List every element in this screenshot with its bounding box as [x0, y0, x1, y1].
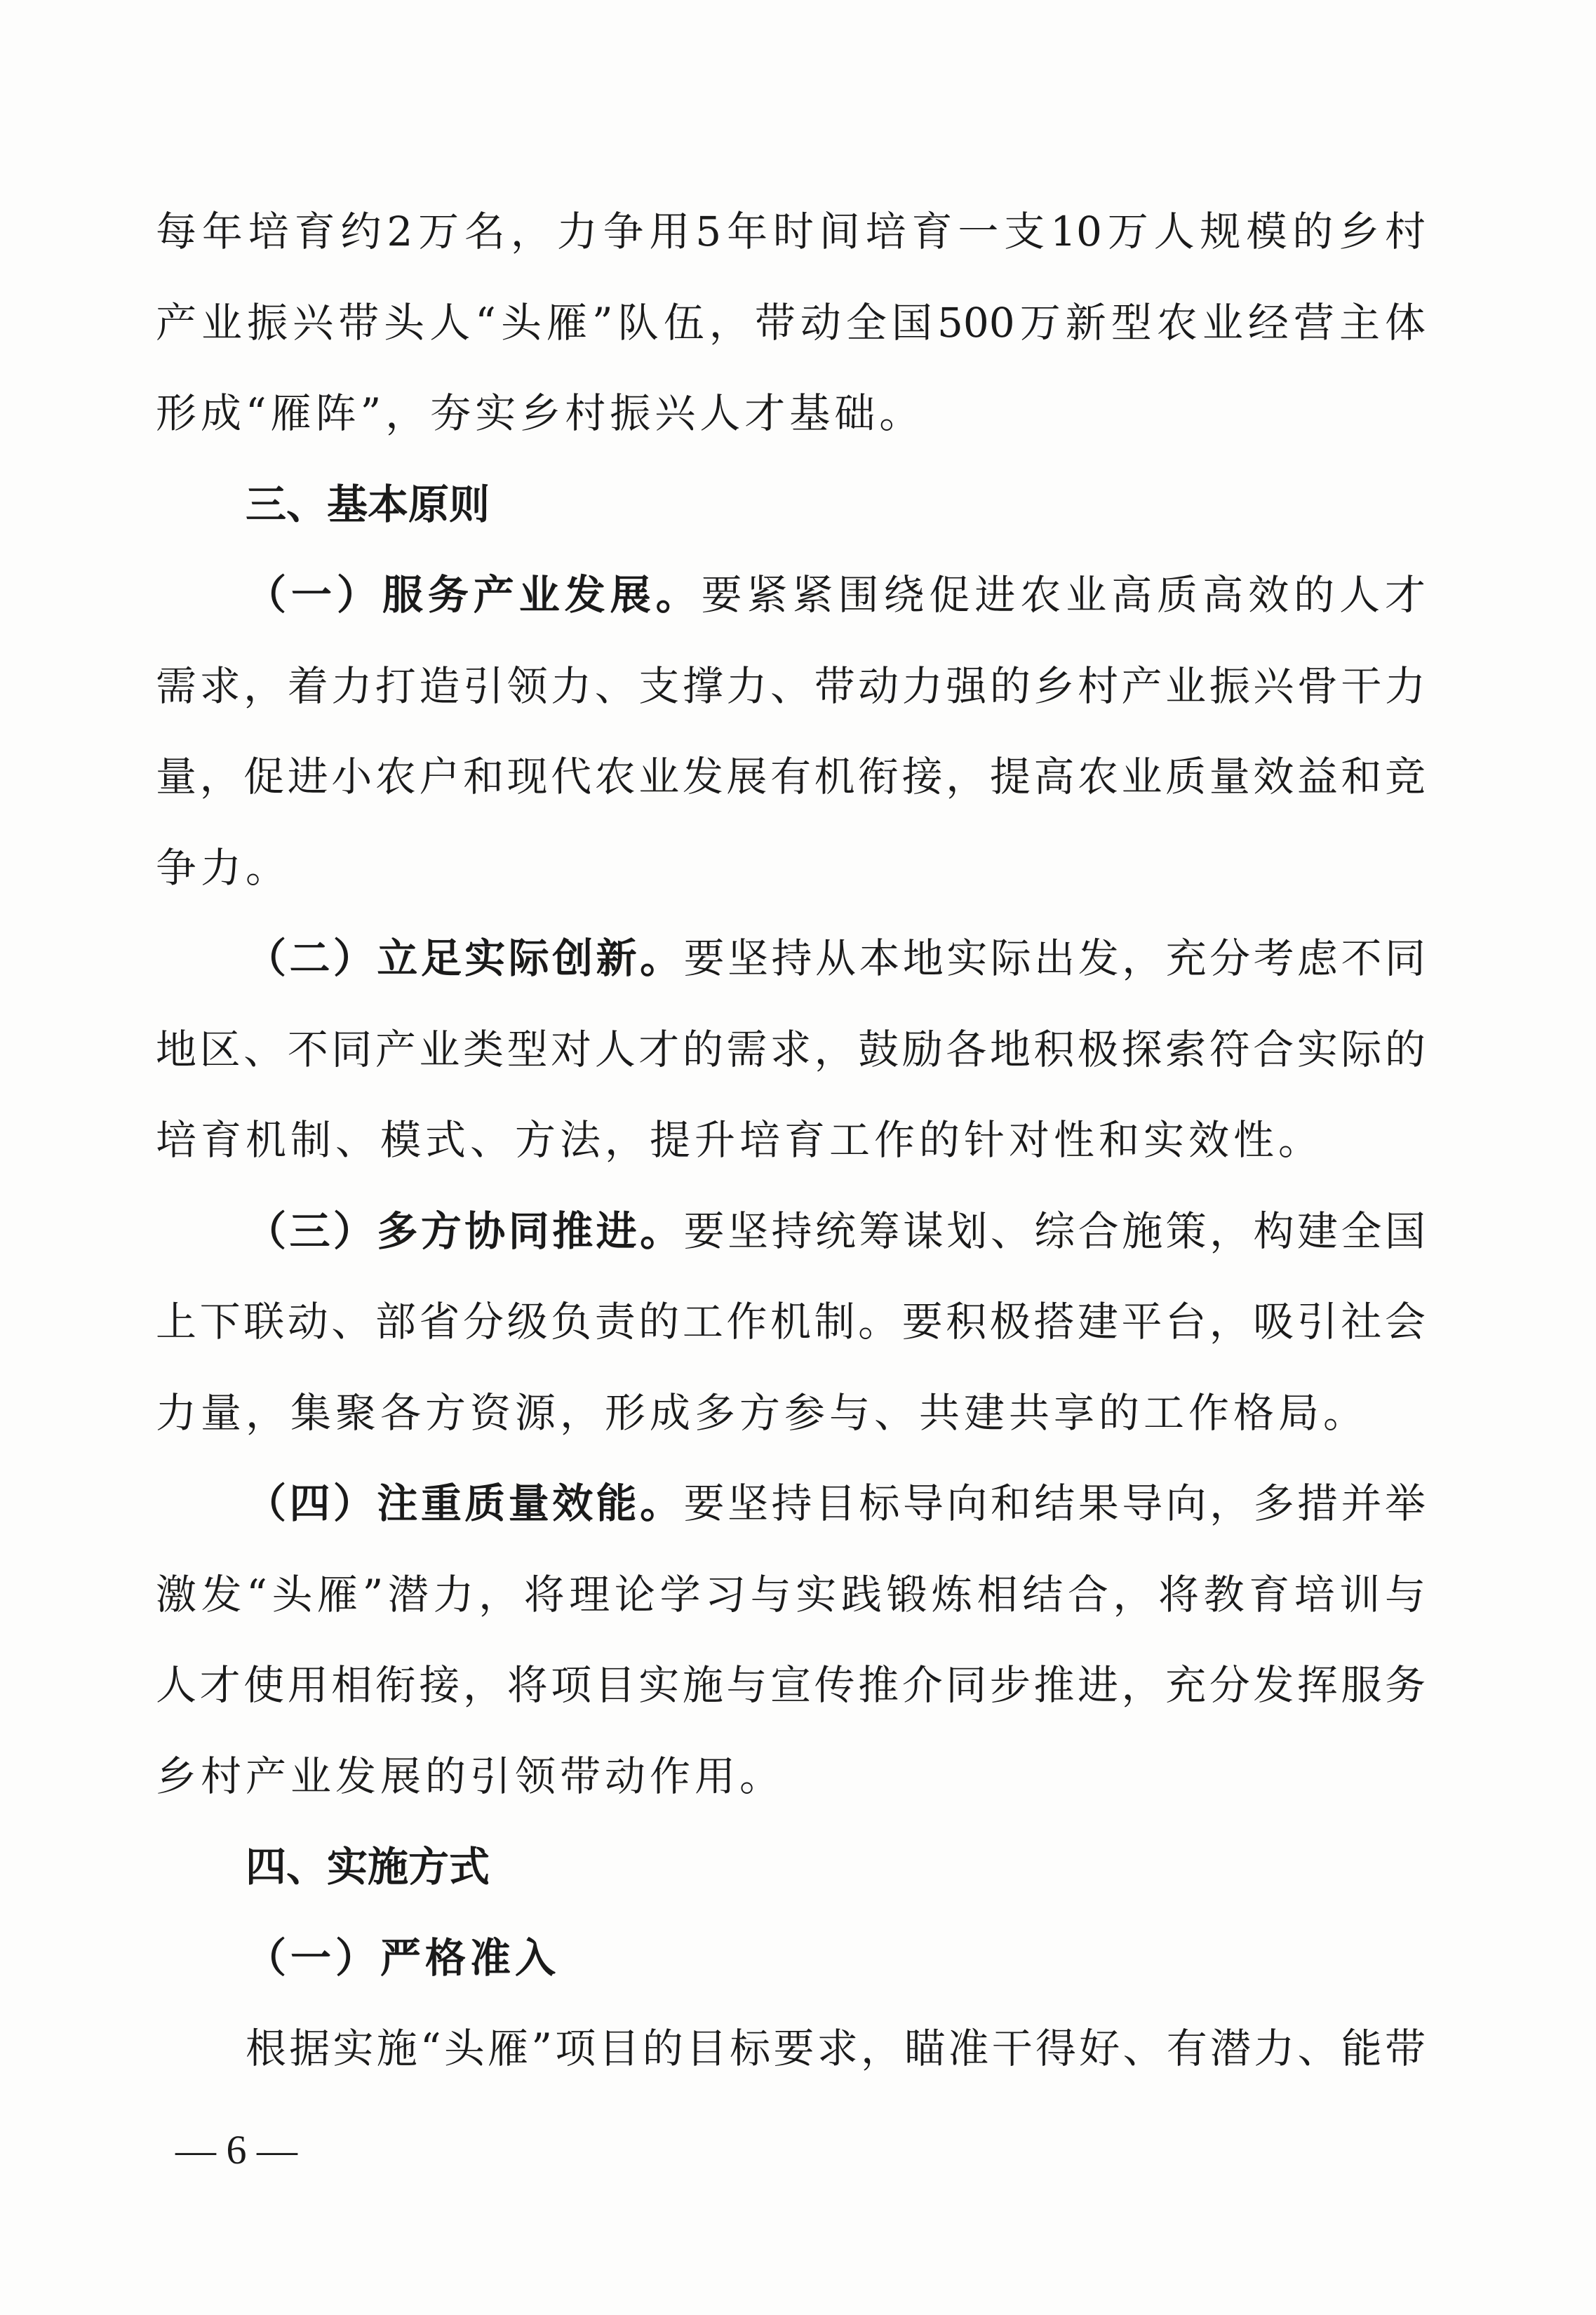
principle-4-first-line: （四）注重质量效能。要坚持目标导向和结果导向，多措并举: [246, 1475, 1426, 1531]
principle-3-lead: （三）多方协同推进。: [246, 1207, 684, 1255]
principle-1-text: 要紧紧围绕促进农业高质高效的人才: [702, 571, 1426, 619]
principle-4-line-2: 激发“头雁”潜力，将理论学习与实践锻炼相结合，将教育培训与: [156, 1566, 1426, 1623]
intro-line-1: 每年培育约2万名，力争用5年时间培育一支10万人规模的乡村: [156, 203, 1426, 260]
section-heading-basic-principles: 三、基本原则: [246, 476, 1426, 532]
principle-2-text: 要坚持从本地实际出发，充分考虑不同: [684, 934, 1426, 982]
principle-4-text: 要坚持目标导向和结果导向，多措并举: [684, 1479, 1426, 1527]
principle-2-lead: （二）立足实际创新。: [246, 934, 684, 982]
intro-line-2: 产业振兴带头人“头雁”队伍，带动全国500万新型农业经营主体: [156, 295, 1426, 351]
principle-3-text: 要坚持统筹谋划、综合施策，构建全国: [684, 1207, 1426, 1255]
principle-3-first-line: （三）多方协同推进。要坚持统筹谋划、综合施策，构建全国: [246, 1203, 1426, 1259]
page-number: — 6 —: [175, 2126, 297, 2175]
principle-4-lead: （四）注重质量效能。: [246, 1479, 684, 1527]
principle-1-first-line: （一）服务产业发展。要紧紧围绕促进农业高质高效的人才: [246, 567, 1426, 623]
principle-1-line-2: 需求，着力打造引领力、支撑力、带动力强的乡村产业振兴骨干力: [156, 658, 1426, 714]
principle-2-line-3: 培育机制、模式、方法，提升培育工作的针对性和实效性。: [156, 1112, 1426, 1168]
principle-1-line-4: 争力。: [156, 840, 1426, 896]
document-page: 每年培育约2万名，力争用5年时间培育一支10万人规模的乡村 产业振兴带头人“头雁…: [0, 0, 1596, 2315]
intro-line-3: 形成“雁阵”，夯实乡村振兴人才基础。: [156, 385, 1426, 441]
principle-4-line-3: 人才使用相衔接，将项目实施与宣传推介同步推进，充分发挥服务: [156, 1657, 1426, 1713]
principle-1-line-3: 量，促进小农户和现代农业发展有机衔接，提高农业质量效益和竞: [156, 749, 1426, 805]
section-heading-implementation: 四、实施方式: [246, 1839, 1426, 1895]
principle-4-line-4: 乡村产业发展的引领带动作用。: [156, 1748, 1426, 1804]
principle-1-lead: （一）服务产业发展。: [246, 571, 702, 619]
principle-2-line-2: 地区、不同产业类型对人才的需求，鼓励各地积极探索符合实际的: [156, 1021, 1426, 1078]
principle-2-first-line: （二）立足实际创新。要坚持从本地实际出发，充分考虑不同: [246, 930, 1426, 986]
principle-3-line-2: 上下联动、部省分级负责的工作机制。要积极搭建平台，吸引社会: [156, 1294, 1426, 1350]
principle-3-line-3: 力量，集聚各方资源，形成多方参与、共建共享的工作格局。: [156, 1385, 1426, 1441]
subheading-strict-admission: （一）严格准入: [246, 1930, 1426, 1986]
section-4-first-line: 根据实施“头雁”项目的目标要求，瞄准干得好、有潜力、能带: [246, 2020, 1426, 2076]
